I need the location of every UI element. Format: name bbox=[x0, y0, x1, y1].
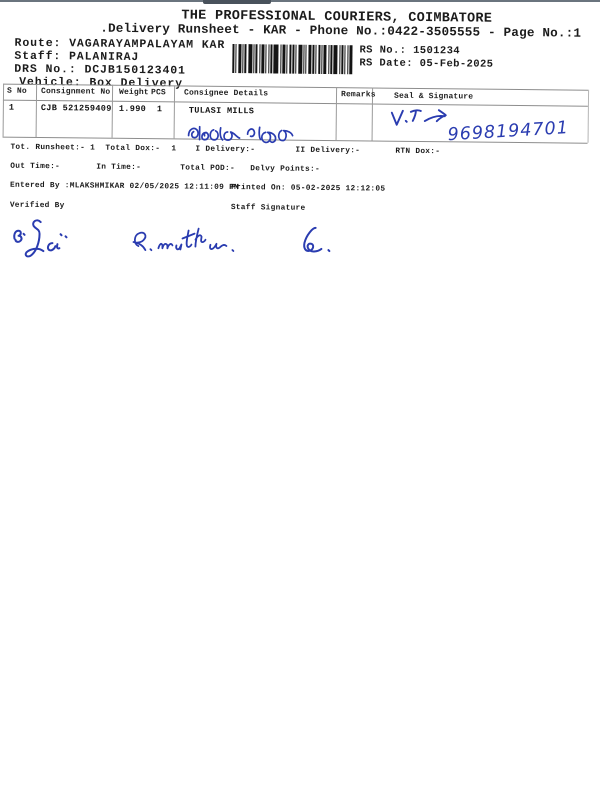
verified-by-label: Verified By bbox=[10, 203, 65, 211]
staff-line: Staff: PALANIRAJ bbox=[14, 51, 139, 64]
rs-no-line: RS No.: 1501234 bbox=[359, 45, 460, 57]
barcode bbox=[232, 44, 354, 74]
verifier-signature-2 bbox=[125, 221, 239, 260]
table-border-col4 bbox=[336, 87, 338, 140]
row-weight: 1.990 bbox=[119, 105, 146, 114]
handwritten-phone-number: 9698194701 bbox=[447, 118, 569, 145]
tot-runsheet: Tot. Runsheet:- 1 bbox=[10, 145, 95, 154]
total-pod: Total POD:- bbox=[180, 165, 235, 173]
col-header-remarks: Remarks bbox=[341, 91, 376, 99]
col-header-consignee: Consignee Details bbox=[184, 90, 268, 99]
delvy-points: Delvy Points:- bbox=[250, 166, 320, 175]
entered-by: Entered By :MLAKSHMIKAR 02/05/2025 12:11… bbox=[10, 183, 239, 193]
handwritten-consignee-note bbox=[183, 120, 295, 147]
in-time: In Time:- bbox=[96, 165, 141, 173]
rs-date-line: RS Date: 05-Feb-2025 bbox=[359, 58, 493, 70]
table-border-col3 bbox=[174, 85, 176, 138]
barcode-image bbox=[232, 44, 354, 74]
col-header-seal: Seal & Signature bbox=[394, 93, 473, 102]
handwritten-seal-signature: 9698194701 bbox=[383, 104, 568, 152]
table-border-col2 bbox=[112, 85, 114, 138]
handwritten-initial-v bbox=[392, 111, 403, 125]
total-dox-label: Total Dox:- bbox=[105, 146, 160, 154]
document-body: THE PROFESSIONAL COURIERS, COIMBATORE .D… bbox=[0, 0, 600, 800]
table-border-col1 bbox=[36, 84, 38, 137]
col-header-weight: Weight bbox=[119, 89, 149, 97]
row-pcs: 1 bbox=[157, 105, 163, 114]
scanned-delivery-runsheet: THE PROFESSIONAL COURIERS, COIMBATORE .D… bbox=[0, 0, 600, 800]
total-dox-value: 1 bbox=[171, 146, 176, 154]
col-header-sno: S No bbox=[7, 88, 27, 96]
i-delivery: I Delivery:- bbox=[195, 147, 255, 155]
row-consignee: TULASI MILLS bbox=[189, 107, 255, 116]
table-border-right bbox=[588, 90, 590, 143]
col-header-pcs: PCS bbox=[151, 89, 166, 97]
ii-delivery: II Delivery:- bbox=[295, 148, 360, 156]
verifier-signature-1 bbox=[7, 215, 70, 268]
staff-signature bbox=[290, 223, 334, 265]
rtn-dox: RTN Dox:- bbox=[395, 149, 440, 157]
staff-signature-label: Staff Signature bbox=[231, 205, 306, 214]
row-consignment: CJB 521259409 bbox=[41, 104, 112, 113]
handwritten-arrow bbox=[425, 110, 446, 121]
table-border-left bbox=[3, 84, 5, 137]
printed-on: Printed On: 05-02-2025 12:12:05 bbox=[231, 185, 385, 194]
row-sno: 1 bbox=[9, 104, 15, 113]
out-time: Out Time:- bbox=[10, 164, 60, 172]
handwritten-initial-t bbox=[411, 110, 421, 121]
col-header-consignment: Consignment No bbox=[41, 88, 110, 97]
